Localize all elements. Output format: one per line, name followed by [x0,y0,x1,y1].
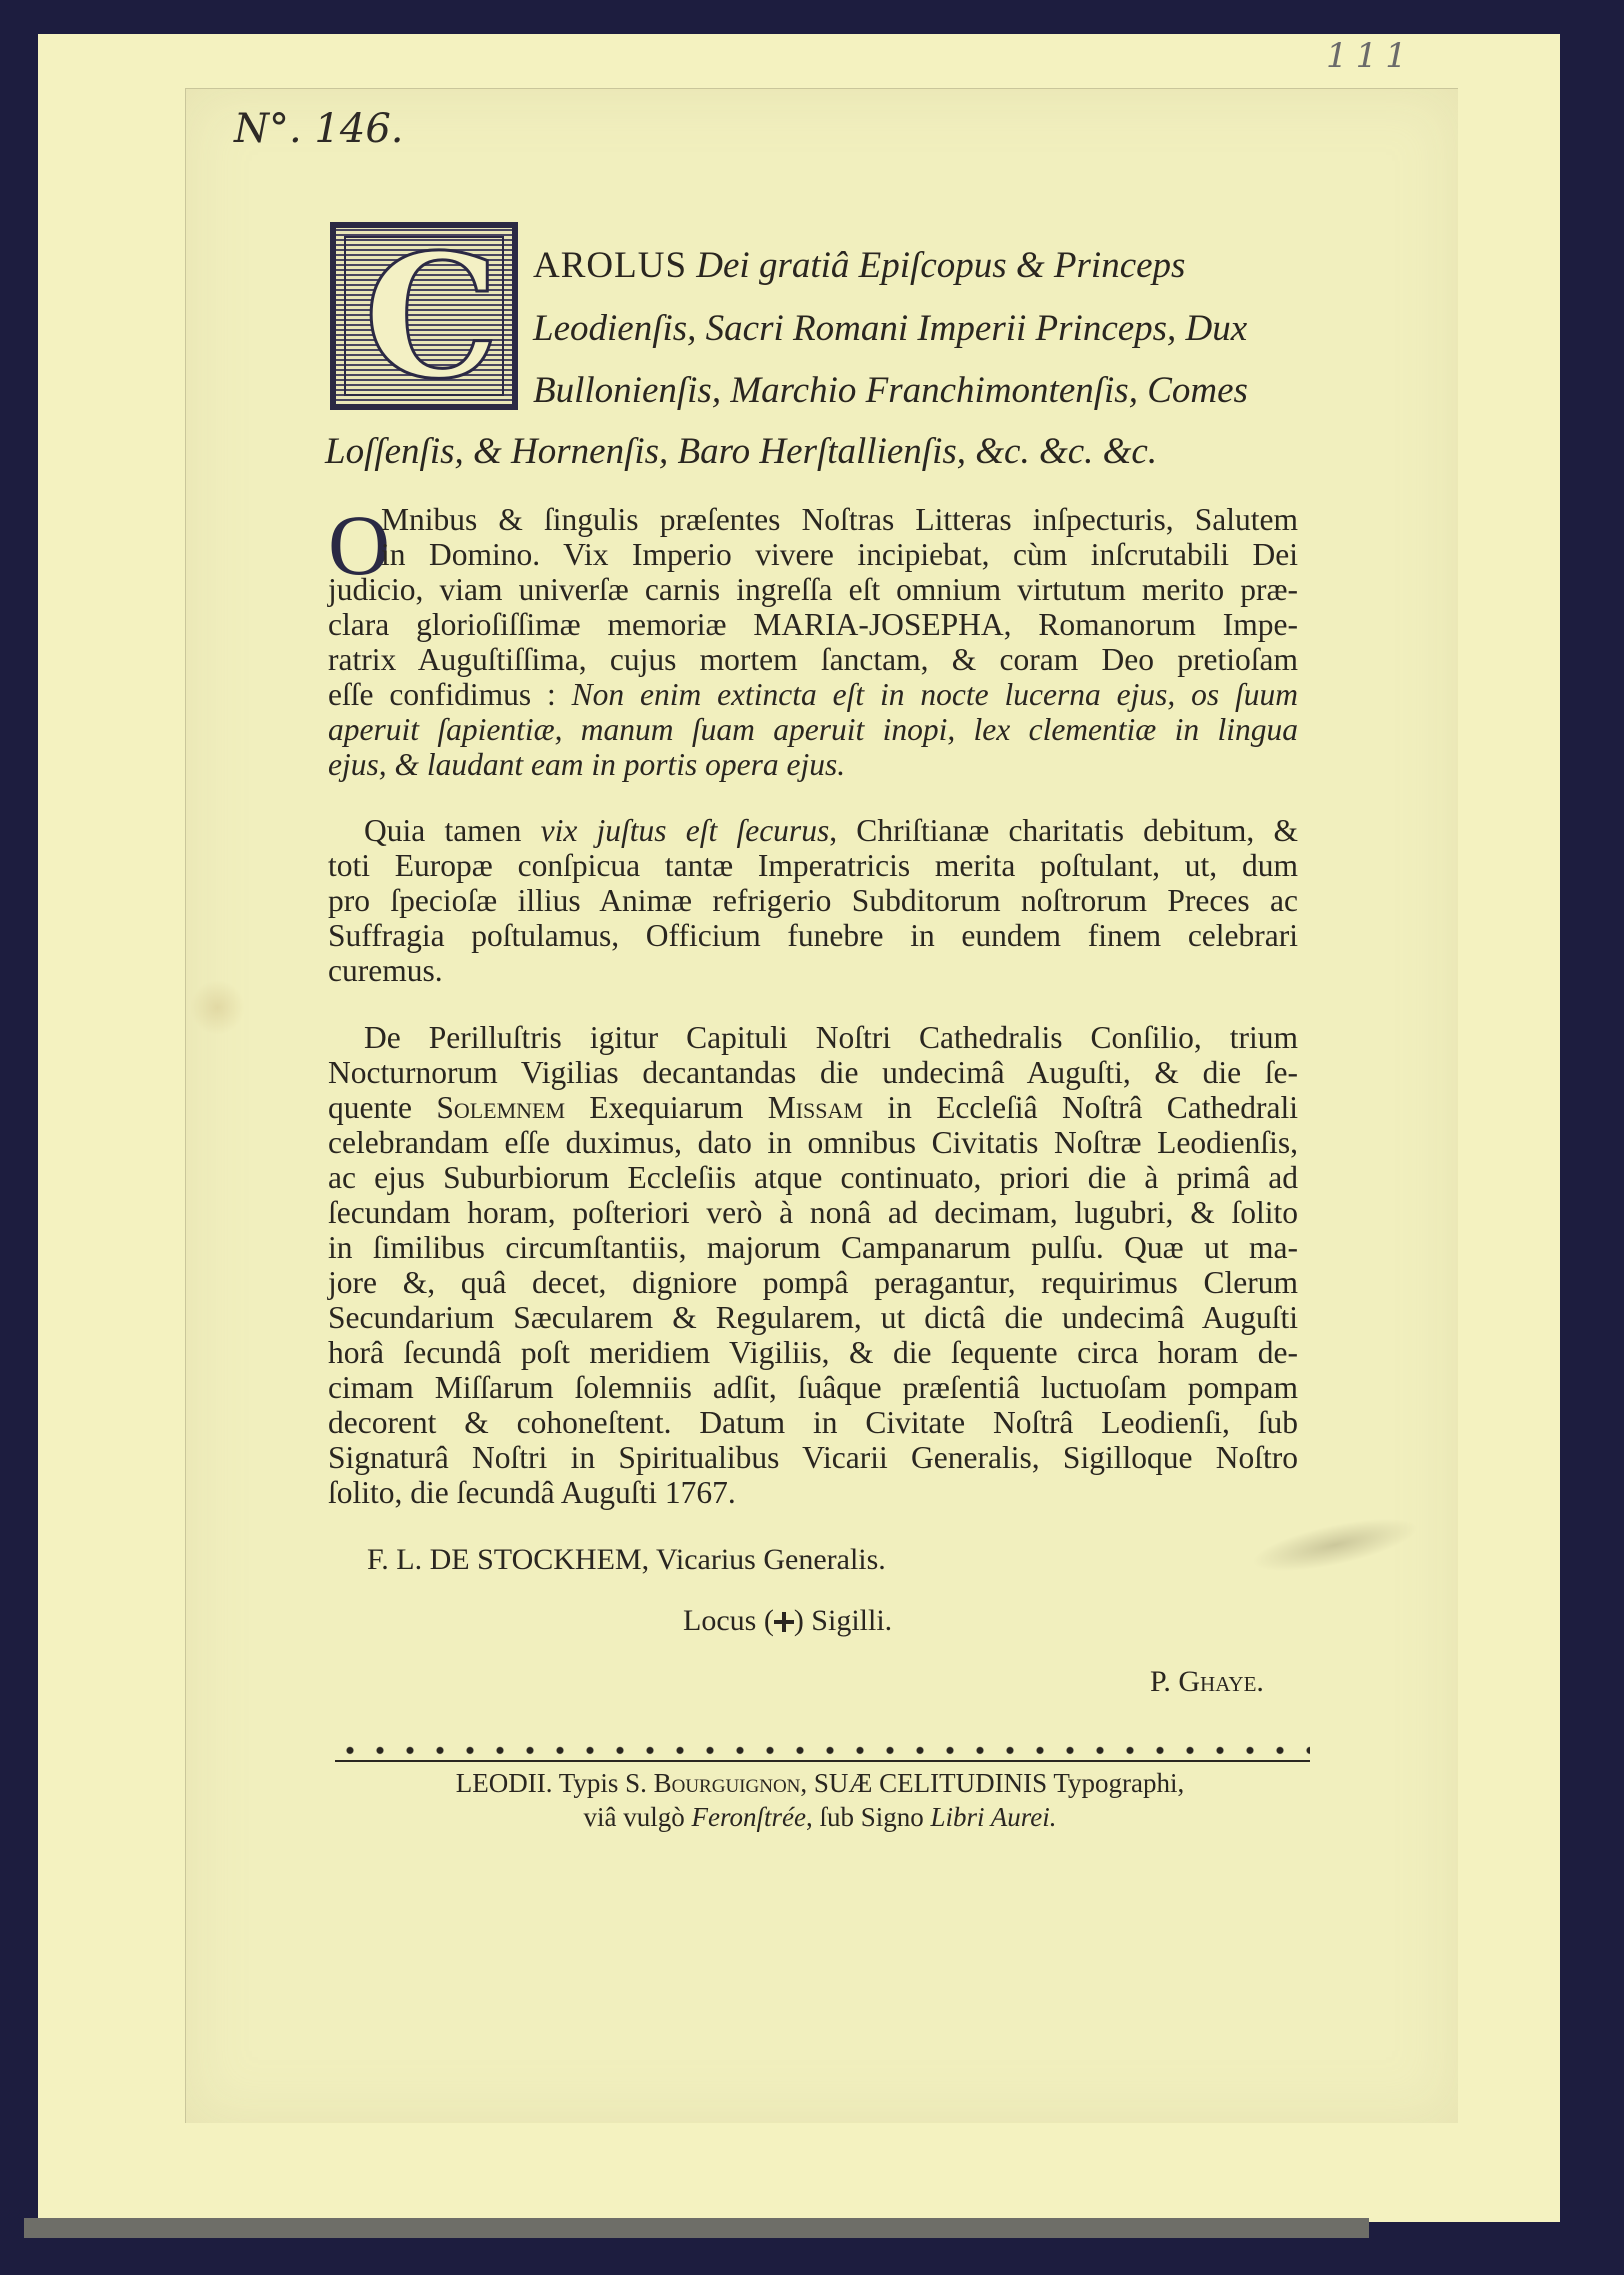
archive-number: 111 [1326,36,1415,76]
title-line-3: Bullonienſis, Marchio Franchimontenſis, … [533,369,1248,412]
text-line: in Domino. Vix Imperio vivere incipiebat… [381,537,1298,572]
text-segment: quente [328,1090,436,1125]
printer-name: Bourguignon [654,1768,801,1798]
text-line: ſolito, die ſecundâ Auguſti 1767. [328,1475,1298,1510]
text-line: ſecundam horam, poſteriori verò à nonâ a… [328,1195,1298,1230]
text-line: Signaturâ Noſtri in Spiritualibus Vicari… [328,1440,1298,1475]
title-line-2: Leodienſis, Sacri Romani Imperii Princep… [533,307,1247,350]
text-line-mixed: quente Solemnem Exequiarum Missam in Ecc… [328,1090,1298,1125]
paragraph-1: Mnibus & ſingulis præſentes Noſtras Litt… [328,502,1298,782]
imprint-text: , SUÆ CELITUDINIS Typographi, [800,1768,1184,1798]
seal-line: Locus () Sigilli. [683,1604,892,1638]
text-line: cimam Miſſarum ſolemniis adſit, ſuâque p… [328,1370,1298,1405]
seal-text: Locus ( [683,1604,774,1637]
sign-name: Libri Aurei. [930,1802,1056,1832]
paragraph-2: Quia tamen vix juſtus eſt ſecurus, Chriſ… [328,813,1298,988]
text-segment: eſſe confidimus : [328,677,572,712]
text-segment: in Eccleſiâ Noſtrâ Cathedrali [863,1090,1298,1125]
paragraph-3: De Perilluſtris igitur Capituli Noſtri C… [328,1020,1298,1510]
imprint-text: viâ vulgò [583,1802,691,1832]
text-line: clara glorioſiſſimæ memoriæ MARIA-JOSEPH… [328,607,1298,642]
item-number: N°. 146. [234,106,404,152]
text-line: horâ ſecundâ poſt meridiem Vigiliis, & d… [328,1335,1298,1370]
text-line: toti Europæ conſpicua tantæ Imperatricis… [328,848,1298,883]
quote-segment: Non enim extincta eſt in nocte lucerna e… [572,677,1298,712]
decorated-initial-icon: C [330,222,518,410]
title-line-4: Loſſenſis, & Hornenſis, Baro Herſtallien… [325,430,1157,473]
text-line: curemus. [328,953,1298,988]
cross-icon [774,1612,794,1632]
text-line: Secundarium Sæcularem & Regularem, ut di… [328,1300,1298,1335]
initial-letter: C [364,236,499,396]
text-line: jore &, quâ decet, digniore pompâ peraga… [328,1265,1298,1300]
paper-stain [190,980,245,1035]
text-line: pro ſpecioſæ illius Animæ refrigerio Sub… [328,883,1298,918]
quote-line: aperuit ſapientiæ, manum ſuam aperuit in… [328,712,1298,747]
text-line: Nocturnorum Vigilias decantandas die und… [328,1055,1298,1090]
title-line-1: AROLUS Dei gratiâ Epiſcopus & Princeps [533,244,1185,287]
text-line: in ſimilibus circumſtantiis, majorum Cam… [328,1230,1298,1265]
text-line: ac ejus Suburbiorum Eccleſiis atque cont… [328,1160,1298,1195]
imprint-text: , ſub Signo [806,1802,931,1832]
text-line: Suffragia poſtulamus, Officium funebre i… [328,918,1298,953]
text-line-mixed: Quia tamen vix juſtus eſt ſecurus, Chriſ… [364,813,1298,848]
text-line: Mnibus & ſingulis præſentes Noſtras Litt… [381,502,1298,537]
secretary-signature: P. Ghaye. [1150,1665,1264,1699]
text-segment: , Chriſtianæ charitatis debitum, & [829,813,1298,848]
text-line: celebrandam eſſe duximus, dato in omnibu… [328,1125,1298,1160]
quote-line: ejus, & laudant eam in portis opera ejus… [328,747,1298,782]
seal-text: ) Sigilli. [794,1604,892,1637]
imprint-text: LEODII. Typis S. [456,1768,654,1798]
text-line-mixed: eſſe confidimus : Non enim extincta eſt … [328,677,1298,712]
imprint-line-1: LEODII. Typis S. Bourguignon, SUÆ CELITU… [320,1768,1320,1799]
vicar-signature: F. L. DE STOCKHEM, Vicarius Generalis. [367,1543,886,1577]
initial-frame: C [344,236,504,396]
smallcaps-segment: Missam [768,1090,863,1125]
quote-segment: vix juſtus eſt ſecurus [541,813,830,848]
street-name: Feronſtrée [691,1802,805,1832]
text-segment: Exequiarum [565,1090,768,1125]
text-line: decorent & cohoneſtent. Datum in Civitat… [328,1405,1298,1440]
ornament-border [335,1745,1310,1765]
mount-shadow [24,2218,1369,2238]
text-line: ratrix Auguſtiſſima, cujus mortem ſancta… [328,642,1298,677]
text-segment: Quia tamen [364,813,541,848]
text-line: judicio, viam univerſæ carnis ingreſſa e… [328,572,1298,607]
smallcaps-segment: Solemnem [436,1090,565,1125]
text-line: De Perilluſtris igitur Capituli Noſtri C… [364,1020,1298,1055]
imprint-line-2: viâ vulgò Feronſtrée, ſub Signo Libri Au… [320,1802,1320,1833]
title-name: AROLUS [533,245,687,286]
title-text: Dei gratiâ Epiſcopus & Princeps [687,245,1185,286]
